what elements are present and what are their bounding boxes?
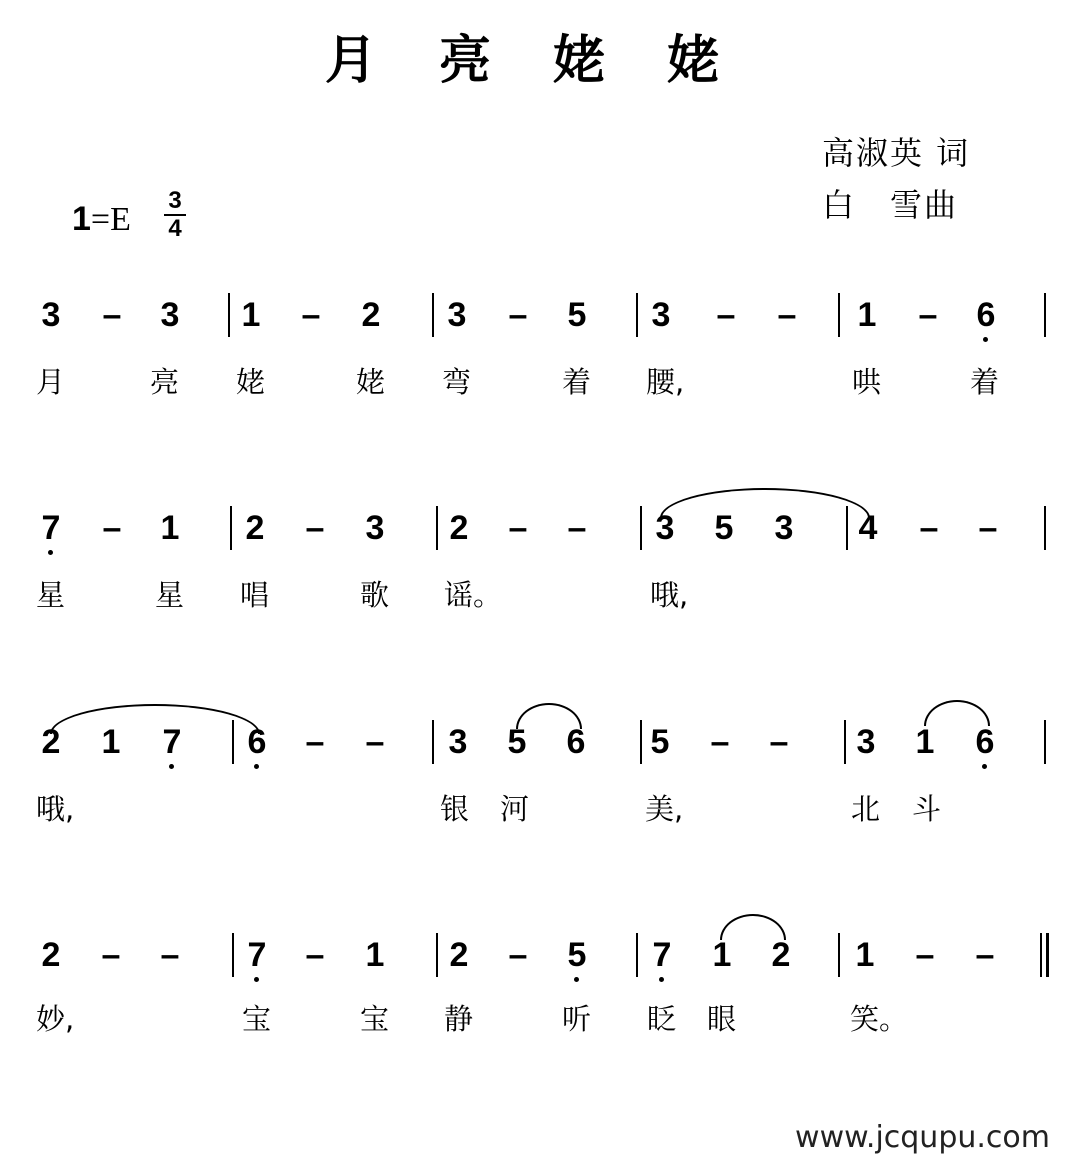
note: 3 <box>646 295 676 335</box>
dash: – <box>503 935 533 975</box>
song-title: 月 亮 姥 姥 <box>0 18 1066 93</box>
low-octave-dot <box>254 764 259 769</box>
note: 3 <box>155 295 185 335</box>
low-octave-dot <box>659 977 664 982</box>
note: 2 <box>36 935 66 975</box>
dash: – <box>360 722 390 762</box>
key-signature: 1=E <box>72 200 131 239</box>
lyric: 腰, <box>646 365 684 399</box>
note: 1 <box>236 295 266 335</box>
bar-line <box>636 293 638 337</box>
dash: – <box>300 508 330 548</box>
lyric: 北 <box>851 792 880 826</box>
slur <box>50 704 260 734</box>
dash: – <box>970 935 1000 975</box>
dash: – <box>97 508 127 548</box>
note: 1 <box>852 295 882 335</box>
final-bar-thin <box>1040 933 1042 977</box>
lyric: 眼 <box>707 1002 736 1036</box>
composer-credit: 白 雪曲 <box>822 180 958 226</box>
watermark: www.jcqupu.com <box>795 1120 1050 1155</box>
bar-line <box>230 506 232 550</box>
dash: – <box>910 935 940 975</box>
lyric: 姥 <box>236 365 265 399</box>
bar-line <box>838 933 840 977</box>
low-octave-dot <box>48 550 53 555</box>
lyric: 静 <box>444 1002 473 1036</box>
note: 3 <box>442 295 472 335</box>
dash: – <box>705 722 735 762</box>
bar-line <box>232 933 234 977</box>
lyric: 谣。 <box>444 578 502 612</box>
bar-line <box>838 293 840 337</box>
dash: – <box>913 295 943 335</box>
slur <box>660 488 870 518</box>
dash: – <box>155 935 185 975</box>
note: 3 <box>851 722 881 762</box>
dash: – <box>503 295 533 335</box>
lyric: 星 <box>155 578 184 612</box>
lyric: 斗 <box>912 792 941 826</box>
bar-line <box>228 293 230 337</box>
note: 6 <box>970 722 1000 762</box>
bar-line <box>1044 506 1046 550</box>
lyric: 哦, <box>36 792 74 826</box>
lyric: 妙, <box>36 1002 74 1036</box>
bar-line <box>1044 293 1046 337</box>
note: 2 <box>240 508 270 548</box>
time-signature: 3 4 <box>164 188 186 242</box>
dash: – <box>300 935 330 975</box>
note: 1 <box>155 508 185 548</box>
note: 1 <box>850 935 880 975</box>
note: 2 <box>444 508 474 548</box>
lyric: 笑。 <box>850 1002 908 1036</box>
lyric: 弯 <box>442 365 471 399</box>
lyricist-credit: 高淑英 词 <box>822 128 970 174</box>
note: 5 <box>562 295 592 335</box>
bar-line <box>636 933 638 977</box>
note: 3 <box>360 508 390 548</box>
dash: – <box>711 295 741 335</box>
dash: – <box>97 295 127 335</box>
final-bar-thick <box>1046 933 1049 977</box>
lyric: 着 <box>562 365 591 399</box>
bar-line <box>436 933 438 977</box>
note: 3 <box>36 295 66 335</box>
bar-line <box>844 720 846 764</box>
slur <box>720 914 786 940</box>
note: 1 <box>910 722 940 762</box>
lyric: 宝 <box>242 1002 271 1036</box>
dash: – <box>503 508 533 548</box>
dash: – <box>96 935 126 975</box>
note: 7 <box>647 935 677 975</box>
lyric: 姥 <box>356 365 385 399</box>
note: 5 <box>645 722 675 762</box>
lyric: 宝 <box>360 1002 389 1036</box>
lyric: 星 <box>36 578 65 612</box>
dash: – <box>764 722 794 762</box>
lyric: 眨 <box>647 1002 676 1036</box>
note: 3 <box>443 722 473 762</box>
note: 6 <box>971 295 1001 335</box>
low-octave-dot <box>983 337 988 342</box>
dash: – <box>296 295 326 335</box>
dash: – <box>562 508 592 548</box>
dash: – <box>772 295 802 335</box>
lyric: 哄 <box>852 365 881 399</box>
bar-line <box>432 720 434 764</box>
lyric: 歌 <box>360 578 389 612</box>
note: 5 <box>562 935 592 975</box>
lyric: 美, <box>645 792 683 826</box>
note: 2 <box>766 935 796 975</box>
lyric: 银 <box>440 792 469 826</box>
dash: – <box>973 508 1003 548</box>
lyric: 月 <box>36 365 65 399</box>
note: 7 <box>36 508 66 548</box>
bar-line <box>432 293 434 337</box>
lyric: 着 <box>970 365 999 399</box>
bar-line <box>436 506 438 550</box>
lyric: 唱 <box>240 578 269 612</box>
note: 1 <box>707 935 737 975</box>
bar-line <box>640 506 642 550</box>
note: 1 <box>360 935 390 975</box>
lyric: 河 <box>500 792 529 826</box>
bar-line <box>640 720 642 764</box>
slur <box>924 700 990 726</box>
note: 2 <box>444 935 474 975</box>
low-octave-dot <box>254 977 259 982</box>
slur <box>516 703 582 729</box>
low-octave-dot <box>574 977 579 982</box>
note: 7 <box>242 935 272 975</box>
low-octave-dot <box>169 764 174 769</box>
lyric: 听 <box>562 1002 591 1036</box>
low-octave-dot <box>982 764 987 769</box>
dash: – <box>914 508 944 548</box>
note: 2 <box>356 295 386 335</box>
lyric: 哦, <box>650 578 688 612</box>
lyric: 亮 <box>150 365 179 399</box>
bar-line <box>1044 720 1046 764</box>
dash: – <box>300 722 330 762</box>
